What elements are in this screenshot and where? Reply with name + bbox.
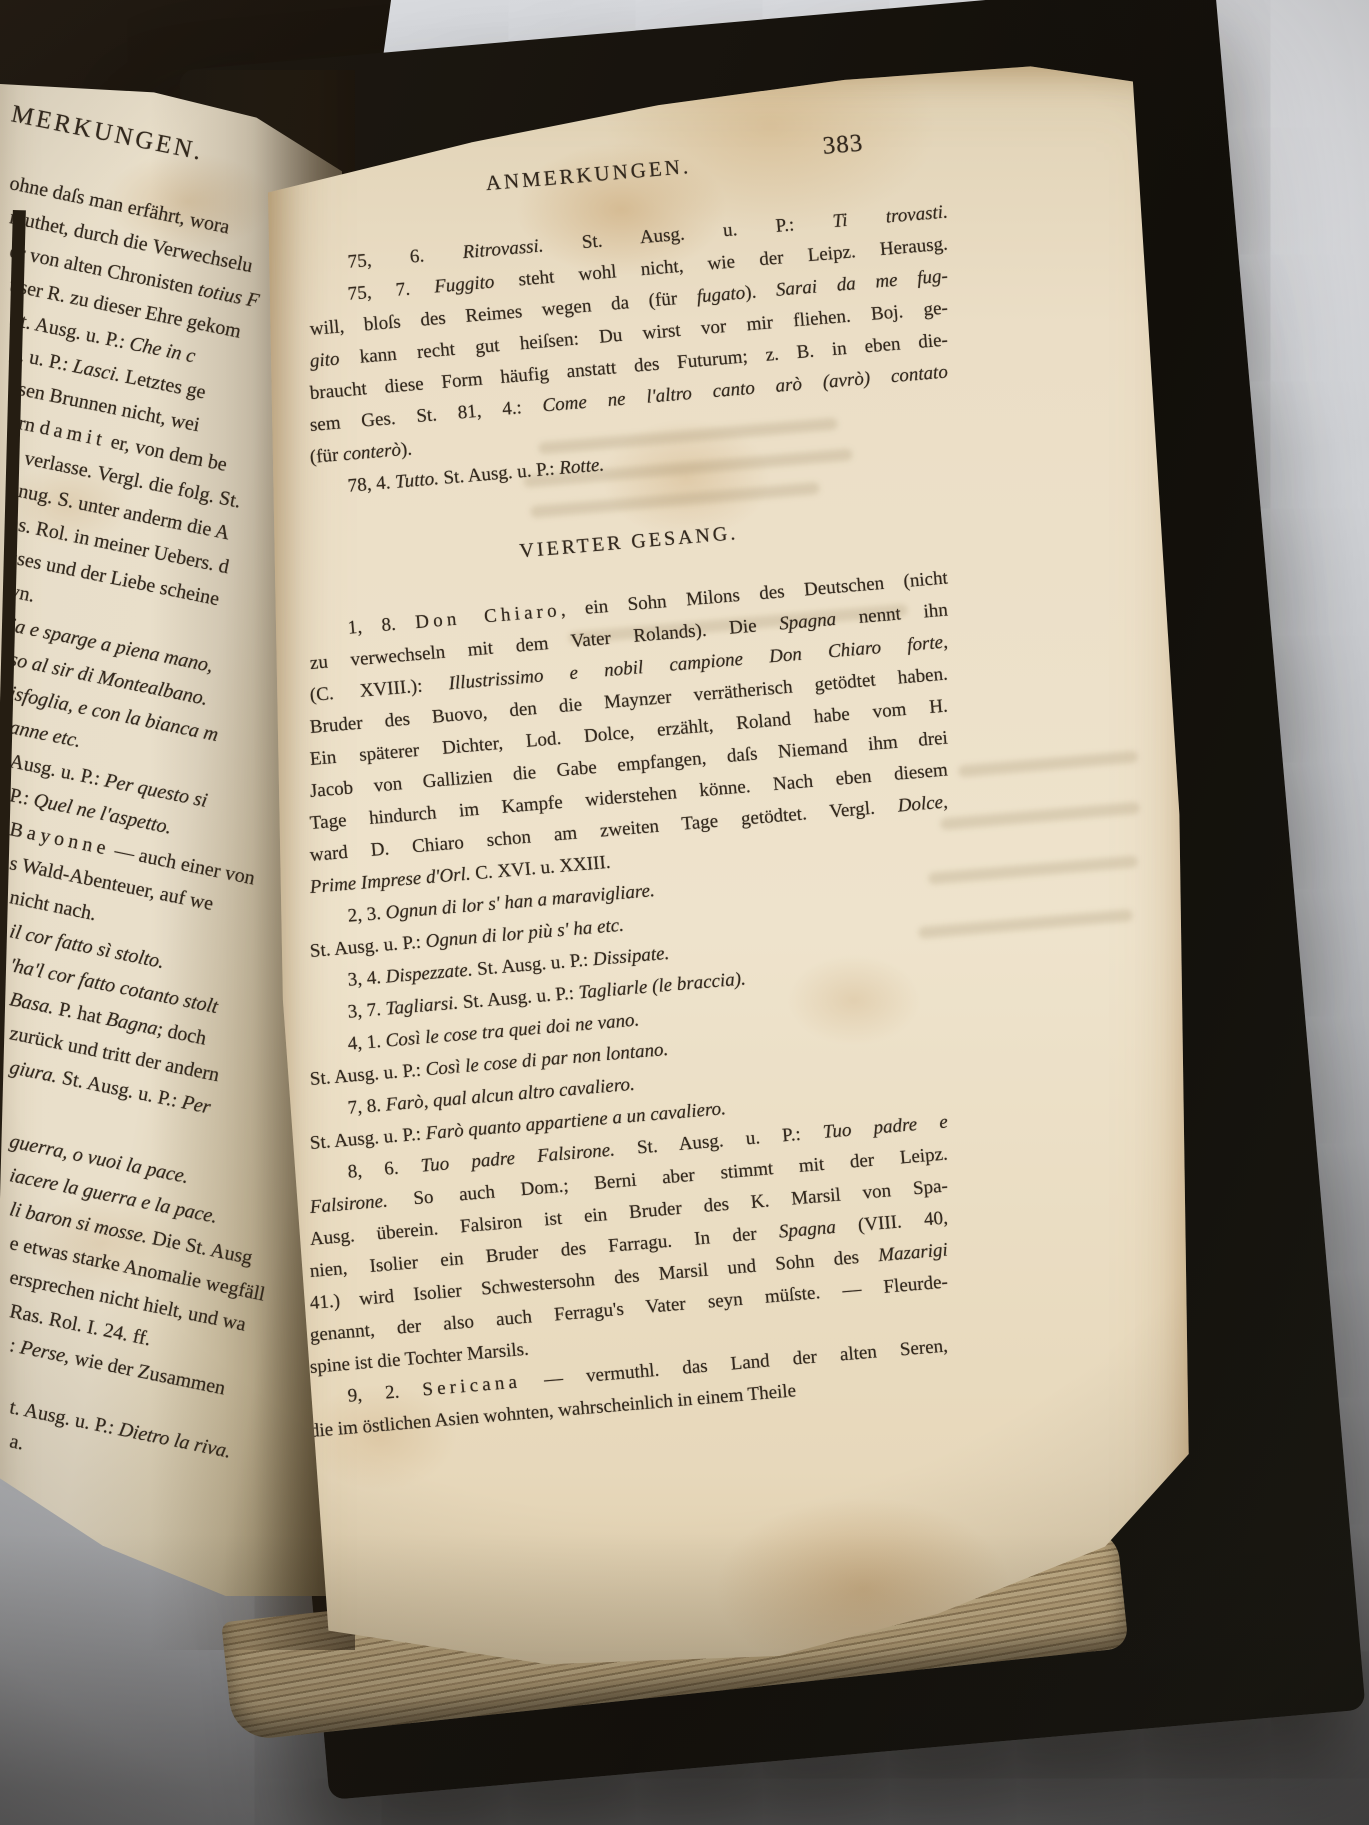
show-through-mark (918, 909, 1133, 939)
show-through-mark (958, 750, 1138, 777)
show-through-mark (940, 802, 1140, 831)
show-through-mark (928, 855, 1138, 885)
page-number: 383 (822, 130, 865, 161)
right-page-text: ANMERKUNGEN. 383 75, 6. Ritrovassi. St. … (310, 186, 950, 1448)
right-page: ANMERKUNGEN. 383 75, 6. Ritrovassi. St. … (268, 58, 1198, 1740)
book-photo: MERKUNGEN. ohne daſs man erfährt, woramu… (0, 0, 1369, 1825)
right-page-lines: 75, 6. Ritrovassi. St. Ausg. u. P.: Ti t… (310, 250, 950, 1448)
